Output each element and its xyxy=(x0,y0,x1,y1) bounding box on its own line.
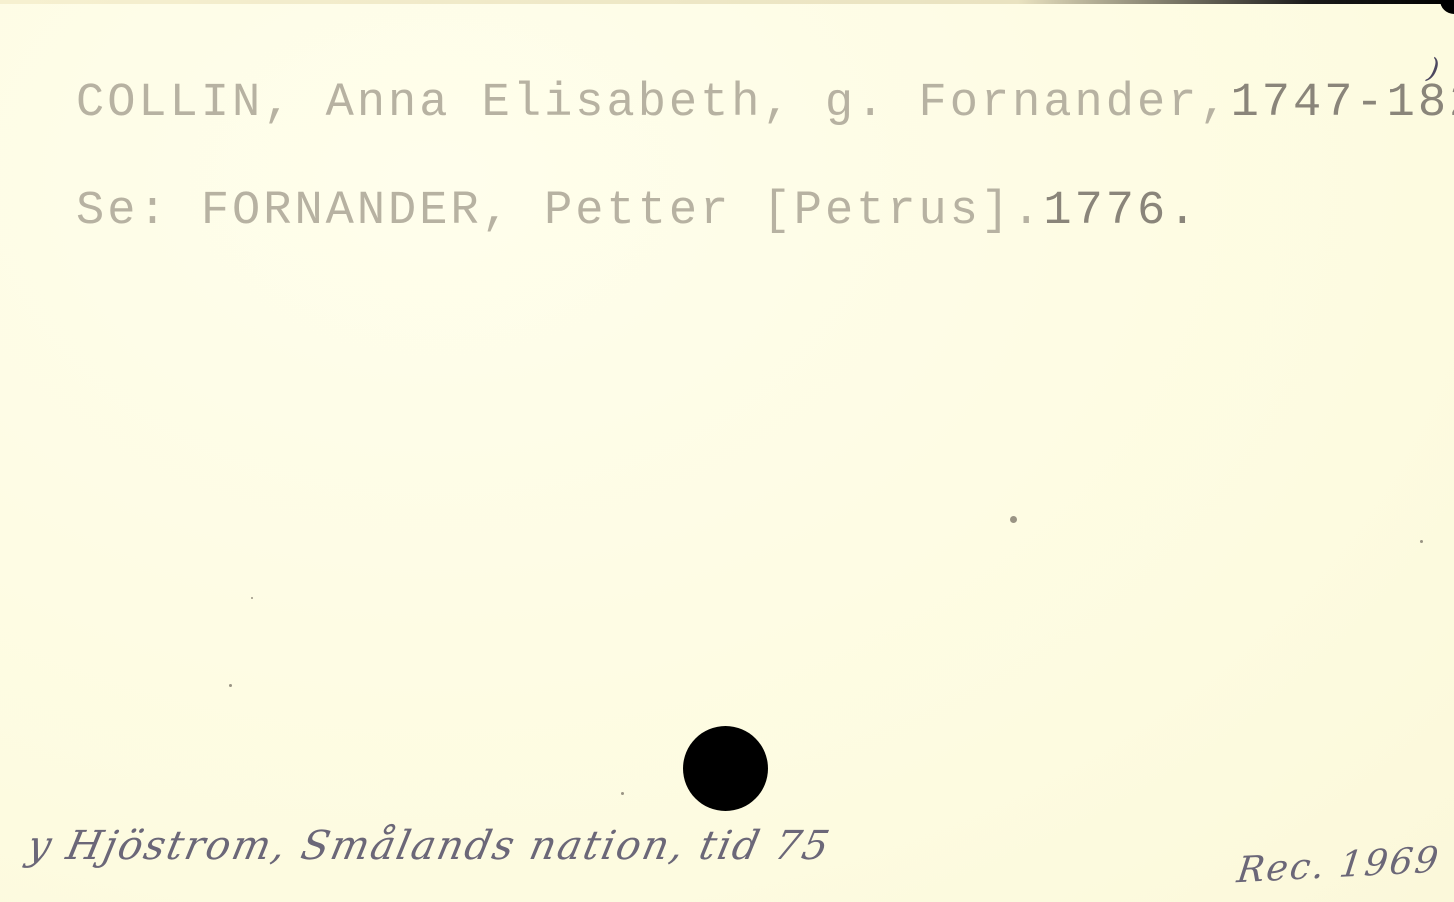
paper-speck xyxy=(229,684,232,687)
paper-speck xyxy=(621,792,624,795)
catalog-card: COLLIN, Anna Elisabeth, g. Fornander,174… xyxy=(0,0,1454,902)
surname: COLLIN, xyxy=(76,77,294,130)
reference-year: 1776. xyxy=(1043,185,1199,238)
punch-hole xyxy=(683,726,768,811)
paper-speck xyxy=(1010,516,1017,523)
reference-surname: FORNANDER, xyxy=(170,185,513,238)
card-top-edge xyxy=(0,0,1454,4)
paper-speck xyxy=(1420,540,1423,543)
see-label: Se: xyxy=(76,185,170,238)
reference-given-name: Petter xyxy=(513,185,731,238)
life-years: 1747-1821 xyxy=(1231,77,1454,130)
handwritten-note: y Hjöstrom, Smålands nation, tid 75 xyxy=(24,826,835,866)
handwritten-rec-date: Rec. 1969 xyxy=(1235,843,1442,889)
paper-speck xyxy=(251,597,253,599)
married-name: g. Fornander, xyxy=(794,77,1231,130)
see-reference-line: Se: FORNANDER, Petter [Petrus].1776. xyxy=(76,188,1199,235)
reference-alt-name: [Petrus]. xyxy=(731,185,1043,238)
card-heading-line: COLLIN, Anna Elisabeth, g. Fornander,174… xyxy=(76,80,1454,127)
card-corner-shadow xyxy=(1440,0,1454,14)
given-names: Anna Elisabeth, xyxy=(294,77,793,130)
